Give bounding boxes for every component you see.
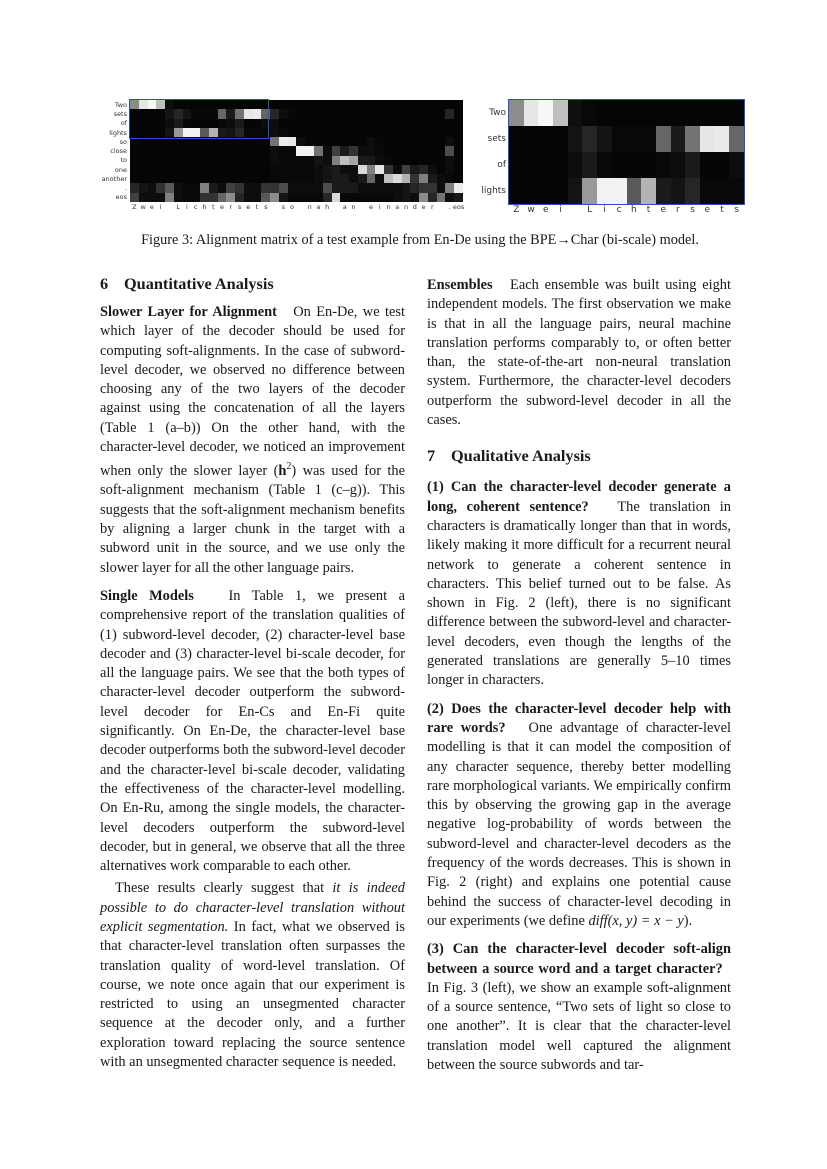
heatmap-cell	[288, 128, 297, 137]
heatmap-cell	[410, 100, 419, 109]
heatmap-cell	[454, 174, 463, 183]
heatmap-cell	[349, 174, 358, 183]
heatmap-cell	[393, 146, 402, 155]
heatmap-cell	[384, 183, 393, 192]
heatmap-cell	[314, 146, 323, 155]
heatmap-cell	[270, 109, 279, 118]
heatmap-cell	[656, 152, 671, 178]
heatmap-cell	[375, 174, 384, 183]
heatmap-cell	[279, 146, 288, 155]
heatmap-cell	[367, 109, 376, 118]
heatmap-cell	[437, 174, 446, 183]
heatmap-cell	[349, 165, 358, 174]
heatmap-cell	[296, 100, 305, 109]
heatmap-cell	[288, 174, 297, 183]
row-label: to	[67, 156, 127, 164]
heatmap-cell	[270, 146, 279, 155]
heatmap-cell	[139, 193, 148, 202]
heatmap-cell	[340, 109, 349, 118]
heatmap-cell	[209, 174, 218, 183]
heatmap-cell	[597, 100, 612, 126]
heatmap-cell	[410, 146, 419, 155]
heatmap-cell	[358, 109, 367, 118]
heatmap-cell	[314, 100, 323, 109]
heatmap-cell	[612, 152, 627, 178]
heatmap-cell	[156, 128, 165, 137]
heatmap-cell	[244, 183, 253, 192]
heatmap-cell	[323, 156, 332, 165]
heatmap-cell	[288, 183, 297, 192]
heatmap-cell	[410, 137, 419, 146]
x-tick-label: r	[425, 203, 440, 211]
heatmap-cell	[130, 109, 139, 118]
heatmap-cell	[253, 193, 262, 202]
heatmap-cell	[244, 193, 253, 202]
heatmap-cell	[200, 193, 209, 202]
section-6-heading: 6Quantitative Analysis	[100, 274, 405, 294]
heatmap-cell	[437, 137, 446, 146]
run-in-heading: Ensembles	[427, 277, 493, 293]
heatmap-cell	[209, 119, 218, 128]
left-alignment-heatmap	[130, 100, 463, 202]
heatmap-cell	[200, 183, 209, 192]
heatmap-cell	[323, 165, 332, 174]
heatmap-cell	[156, 183, 165, 192]
q1-paragraph: (1) Can the character-level decoder gene…	[427, 478, 731, 690]
heatmap-cell	[156, 156, 165, 165]
heatmap-cell	[191, 165, 200, 174]
heatmap-cell	[200, 165, 209, 174]
heatmap-cell	[524, 100, 539, 126]
heatmap-cell	[218, 156, 227, 165]
heatmap-cell	[314, 165, 323, 174]
heatmap-cell	[253, 128, 262, 137]
heatmap-cell	[323, 128, 332, 137]
heatmap-cell	[235, 100, 244, 109]
heatmap-cell	[367, 156, 376, 165]
heatmap-cell	[296, 146, 305, 155]
heatmap-cell	[402, 174, 411, 183]
heatmap-cell	[279, 109, 288, 118]
row-label: lights	[446, 186, 506, 196]
right-alignment-heatmap	[509, 100, 744, 204]
heatmap-cell	[402, 137, 411, 146]
heatmap-cell	[279, 193, 288, 202]
heatmap-cell	[261, 100, 270, 109]
heatmap-cell	[538, 126, 553, 152]
heatmap-cell	[729, 100, 744, 126]
heatmap-cell	[174, 100, 183, 109]
heatmap-cell	[384, 156, 393, 165]
heatmap-cell	[200, 119, 209, 128]
heatmap-cell	[226, 174, 235, 183]
heatmap-cell	[349, 100, 358, 109]
heatmap-cell	[235, 109, 244, 118]
heatmap-cell	[165, 165, 174, 174]
heatmap-cell	[332, 109, 341, 118]
heatmap-cell	[671, 126, 686, 152]
heatmap-cell	[685, 126, 700, 152]
heatmap-cell	[156, 146, 165, 155]
heatmap-cell	[288, 119, 297, 128]
heatmap-cell	[296, 174, 305, 183]
heatmap-cell	[384, 174, 393, 183]
heatmap-cell	[538, 100, 553, 126]
heatmap-cell	[627, 126, 642, 152]
heatmap-cell	[209, 156, 218, 165]
heatmap-cell	[375, 183, 384, 192]
heatmap-cell	[454, 146, 463, 155]
heatmap-cell	[226, 109, 235, 118]
heatmap-cell	[700, 100, 715, 126]
heatmap-cell	[174, 137, 183, 146]
row-label: one	[67, 166, 127, 174]
heatmap-cell	[209, 146, 218, 155]
heatmap-cell	[183, 146, 192, 155]
heatmap-cell	[700, 126, 715, 152]
heatmap-cell	[296, 137, 305, 146]
heatmap-cell	[332, 100, 341, 109]
heatmap-cell	[191, 119, 200, 128]
heatmap-cell	[402, 128, 411, 137]
heatmap-cell	[384, 137, 393, 146]
heatmap-cell	[148, 156, 157, 165]
x-tick-label: o	[285, 203, 300, 211]
heatmap-cell	[261, 156, 270, 165]
heatmap-cell	[288, 193, 297, 202]
heatmap-cell	[715, 126, 730, 152]
heatmap-cell	[349, 128, 358, 137]
heatmap-cell	[261, 137, 270, 146]
heatmap-cell	[700, 178, 715, 204]
row-label: of	[67, 119, 127, 127]
heatmap-cell	[139, 146, 148, 155]
heatmap-cell	[685, 178, 700, 204]
heatmap-cell	[296, 183, 305, 192]
heatmap-cell	[261, 193, 270, 202]
heatmap-cell	[715, 178, 730, 204]
heatmap-cell	[130, 193, 139, 202]
heatmap-cell	[375, 119, 384, 128]
heatmap-cell	[314, 193, 323, 202]
heatmap-cell	[235, 146, 244, 155]
heatmap-cell	[419, 156, 428, 165]
heatmap-cell	[305, 100, 314, 109]
heatmap-cell	[393, 109, 402, 118]
heatmap-cell	[270, 137, 279, 146]
heatmap-cell	[375, 100, 384, 109]
heatmap-cell	[130, 174, 139, 183]
heatmap-cell	[340, 137, 349, 146]
heatmap-cell	[218, 174, 227, 183]
heatmap-cell	[209, 137, 218, 146]
heatmap-cell	[226, 146, 235, 155]
heatmap-cell	[410, 174, 419, 183]
heatmap-cell	[402, 183, 411, 192]
heatmap-cell	[209, 100, 218, 109]
heatmap-cell	[671, 100, 686, 126]
heatmap-cell	[261, 165, 270, 174]
row-label: of	[446, 160, 506, 170]
heatmap-cell	[183, 183, 192, 192]
heatmap-cell	[340, 146, 349, 155]
heatmap-cell	[279, 100, 288, 109]
results-paragraph: These results clearly suggest that it is…	[100, 879, 405, 1072]
heatmap-cell	[244, 146, 253, 155]
heatmap-cell	[358, 137, 367, 146]
heatmap-cell	[323, 193, 332, 202]
heatmap-cell	[445, 119, 454, 128]
heatmap-cell	[323, 174, 332, 183]
heatmap-cell	[174, 156, 183, 165]
heatmap-cell	[253, 100, 262, 109]
heatmap-cell	[270, 128, 279, 137]
heatmap-cell	[235, 137, 244, 146]
heatmap-cell	[296, 128, 305, 137]
heatmap-cell	[437, 156, 446, 165]
heatmap-cell	[253, 183, 262, 192]
x-tick-label: h	[320, 203, 335, 211]
heatmap-cell	[244, 165, 253, 174]
heatmap-cell	[729, 178, 744, 204]
x-tick-label: i	[153, 203, 168, 211]
heatmap-cell	[410, 165, 419, 174]
heatmap-cell	[183, 193, 192, 202]
heatmap-cell	[384, 128, 393, 137]
heatmap-cell	[384, 119, 393, 128]
heatmap-cell	[183, 100, 192, 109]
heatmap-cell	[305, 119, 314, 128]
heatmap-cell	[218, 128, 227, 137]
row-label: another	[67, 175, 127, 183]
left-column: 6Quantitative Analysis Slower Layer for …	[100, 274, 405, 1081]
heatmap-cell	[332, 156, 341, 165]
heatmap-cell	[349, 109, 358, 118]
heatmap-cell	[139, 183, 148, 192]
heatmap-cell	[165, 100, 174, 109]
heatmap-cell	[384, 109, 393, 118]
heatmap-cell	[509, 100, 524, 126]
heatmap-cell	[209, 109, 218, 118]
heatmap-cell	[375, 193, 384, 202]
heatmap-cell	[174, 119, 183, 128]
heatmap-cell	[218, 119, 227, 128]
row-label: sets	[446, 134, 506, 144]
heatmap-cell	[349, 119, 358, 128]
heatmap-cell	[261, 128, 270, 137]
heatmap-cell	[209, 128, 218, 137]
heatmap-cell	[428, 165, 437, 174]
heatmap-cell	[340, 193, 349, 202]
heatmap-cell	[419, 119, 428, 128]
heatmap-cell	[367, 137, 376, 146]
heatmap-cell	[419, 183, 428, 192]
heatmap-cell	[384, 193, 393, 202]
heatmap-cell	[402, 100, 411, 109]
heatmap-cell	[200, 156, 209, 165]
heatmap-cell	[148, 128, 157, 137]
heatmap-cell	[148, 174, 157, 183]
heatmap-cell	[627, 178, 642, 204]
heatmap-cell	[410, 156, 419, 165]
heatmap-cell	[410, 109, 419, 118]
heatmap-cell	[340, 183, 349, 192]
heatmap-cell	[367, 119, 376, 128]
heatmap-cell	[358, 100, 367, 109]
heatmap-cell	[553, 178, 568, 204]
heatmap-cell	[226, 128, 235, 137]
heatmap-cell	[226, 137, 235, 146]
heatmap-cell	[332, 119, 341, 128]
heatmap-cell	[235, 128, 244, 137]
heatmap-cell	[148, 165, 157, 174]
heatmap-cell	[148, 146, 157, 155]
heatmap-cell	[200, 128, 209, 137]
heatmap-cell	[226, 183, 235, 192]
heatmap-cell	[553, 100, 568, 126]
heatmap-cell	[419, 174, 428, 183]
heatmap-cell	[358, 156, 367, 165]
heatmap-cell	[437, 109, 446, 118]
heatmap-cell	[305, 146, 314, 155]
heatmap-cell	[627, 100, 642, 126]
heatmap-cell	[191, 174, 200, 183]
heatmap-cell	[553, 126, 568, 152]
heatmap-cell	[305, 174, 314, 183]
section-7-heading: 7Qualitative Analysis	[427, 446, 731, 466]
heatmap-cell	[191, 193, 200, 202]
heatmap-cell	[270, 165, 279, 174]
heatmap-cell	[419, 146, 428, 155]
math-diff: diff(x, y) = x − y	[588, 913, 683, 929]
heatmap-cell	[524, 178, 539, 204]
heatmap-cell	[253, 174, 262, 183]
heatmap-cell	[419, 137, 428, 146]
heatmap-cell	[715, 100, 730, 126]
heatmap-cell	[148, 183, 157, 192]
heatmap-cell	[393, 174, 402, 183]
heatmap-cell	[148, 100, 157, 109]
heatmap-cell	[139, 109, 148, 118]
heatmap-cell	[296, 109, 305, 118]
heatmap-cell	[656, 100, 671, 126]
row-label: Two	[67, 101, 127, 109]
heatmap-cell	[428, 193, 437, 202]
heatmap-cell	[332, 183, 341, 192]
heatmap-cell	[358, 146, 367, 155]
slower-layer-paragraph: Slower Layer for Alignment On En-De, we …	[100, 303, 405, 578]
heatmap-cell	[410, 193, 419, 202]
heatmap-cell	[428, 119, 437, 128]
row-label: eos	[67, 193, 127, 201]
heatmap-cell	[244, 109, 253, 118]
heatmap-cell	[165, 156, 174, 165]
heatmap-cell	[305, 156, 314, 165]
heatmap-cell	[445, 146, 454, 155]
heatmap-cell	[375, 165, 384, 174]
heatmap-cell	[200, 146, 209, 155]
heatmap-cell	[139, 156, 148, 165]
heatmap-cell	[410, 128, 419, 137]
heatmap-cell	[437, 183, 446, 192]
heatmap-cell	[174, 193, 183, 202]
heatmap-cell	[305, 193, 314, 202]
heatmap-cell	[641, 178, 656, 204]
heatmap-cell	[671, 152, 686, 178]
heatmap-cell	[428, 174, 437, 183]
heatmap-cell	[165, 128, 174, 137]
heatmap-cell	[148, 137, 157, 146]
x-tick-label: s	[726, 205, 747, 215]
heatmap-cell	[200, 137, 209, 146]
heatmap-cell	[367, 165, 376, 174]
heatmap-cell	[191, 100, 200, 109]
heatmap-cell	[349, 193, 358, 202]
heatmap-cell	[288, 109, 297, 118]
heatmap-cell	[428, 183, 437, 192]
heatmap-cell	[156, 137, 165, 146]
heatmap-cell	[367, 193, 376, 202]
heatmap-cell	[323, 119, 332, 128]
heatmap-cell	[253, 156, 262, 165]
heatmap-cell	[367, 146, 376, 155]
heatmap-cell	[183, 174, 192, 183]
heatmap-cell	[509, 178, 524, 204]
heatmap-cell	[235, 174, 244, 183]
single-models-paragraph: Single Models In Table 1, we present a c…	[100, 587, 405, 876]
heatmap-cell	[183, 128, 192, 137]
heatmap-cell	[393, 100, 402, 109]
heatmap-cell	[279, 128, 288, 137]
heatmap-cell	[323, 137, 332, 146]
heatmap-cell	[174, 174, 183, 183]
heatmap-cell	[191, 137, 200, 146]
heatmap-cell	[419, 165, 428, 174]
heatmap-cell	[218, 183, 227, 192]
x-tick-label: s	[258, 203, 273, 211]
heatmap-cell	[445, 174, 454, 183]
heatmap-cell	[428, 156, 437, 165]
heatmap-cell	[437, 100, 446, 109]
heatmap-cell	[200, 109, 209, 118]
heatmap-cell	[261, 183, 270, 192]
heatmap-cell	[305, 128, 314, 137]
heatmap-cell	[253, 109, 262, 118]
heatmap-cell	[156, 100, 165, 109]
heatmap-cell	[244, 156, 253, 165]
heatmap-cell	[200, 100, 209, 109]
heatmap-cell	[139, 137, 148, 146]
heatmap-cell	[375, 137, 384, 146]
heatmap-cell	[410, 183, 419, 192]
heatmap-cell	[130, 137, 139, 146]
heatmap-cell	[165, 193, 174, 202]
heatmap-cell	[332, 165, 341, 174]
heatmap-cell	[209, 193, 218, 202]
heatmap-cell	[410, 119, 419, 128]
heatmap-cell	[156, 165, 165, 174]
heatmap-cell	[428, 137, 437, 146]
heatmap-cell	[641, 100, 656, 126]
heatmap-cell	[235, 183, 244, 192]
heatmap-cell	[165, 183, 174, 192]
heatmap-cell	[270, 156, 279, 165]
heatmap-cell	[437, 146, 446, 155]
heatmap-cell	[402, 165, 411, 174]
heatmap-cell	[437, 128, 446, 137]
heatmap-cell	[279, 183, 288, 192]
run-in-heading: (3) Can the character-level decoder soft…	[427, 941, 731, 976]
